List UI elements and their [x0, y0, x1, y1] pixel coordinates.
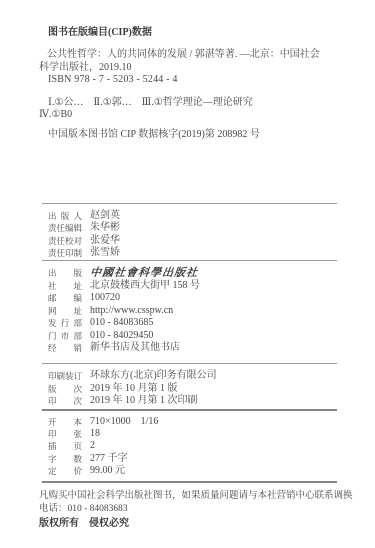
info-value: 277 千字: [90, 453, 128, 465]
quality-notice: 凡购买中国社会科学出版社图书，如果质量问题请与本社营销中心联系调换: [39, 490, 345, 503]
info-value: 99.00 元: [90, 465, 125, 477]
info-row: 印张 18: [48, 428, 375, 440]
info-value: 朱华彬: [90, 222, 120, 234]
copyright-statement: 版权所有 侵权必究: [39, 517, 345, 530]
info-row: 责任印制 张雪娇: [48, 247, 375, 259]
info-label: 邮编: [48, 292, 82, 304]
info-value: 2019 年 10 月第 1 版: [90, 383, 178, 395]
info-value: 010 - 84083685: [90, 317, 153, 329]
info-label: 发行部: [48, 317, 82, 329]
info-row: 版次 2019 年 10 月第 1 版: [48, 383, 375, 395]
info-value: 北京鼓楼西大街甲 158 号: [90, 280, 200, 292]
info-row: 出版 中國社會科學出版社: [48, 267, 375, 279]
cip-classification-line1: Ⅰ.①公… Ⅱ.①郭… Ⅲ.①哲学理论—理论研究: [48, 97, 337, 109]
notice-section: 凡购买中国社会科学出版社图书，如果质量问题请与本社营销中心联系调换 电话：010…: [39, 490, 345, 530]
info-row: 插页 2: [48, 440, 375, 452]
info-label: 印次: [48, 395, 82, 407]
divider: [42, 481, 337, 483]
info-value: 张雪娇: [90, 247, 120, 259]
info-row: 邮编 100720: [48, 292, 375, 304]
info-row: 印次 2019 年 10 月第 1 次印刷: [48, 395, 375, 407]
info-row: 社址 北京鼓楼西大街甲 158 号: [48, 280, 375, 292]
info-label: 责任编辑: [48, 222, 82, 234]
info-label: 版次: [48, 383, 82, 395]
info-row: 门市部 010 - 84029450: [48, 330, 375, 342]
info-label: 网址: [48, 305, 82, 317]
info-value: 赵剑英: [90, 210, 120, 222]
info-value: 2019 年 10 月第 1 次印刷: [90, 395, 198, 407]
printing-section: 印刷装订 环球东方(北京)印务有限公司 版次 2019 年 10 月第 1 版 …: [0, 364, 375, 408]
info-label: 出版人: [48, 210, 82, 222]
info-row: 网址 http://www.csspw.cn: [48, 305, 375, 317]
info-value: 710×1000 1/16: [90, 416, 158, 428]
info-value: 18: [90, 428, 100, 440]
cip-title-line2: 科学出版社，2019.10: [39, 62, 337, 74]
info-row: 发行部 010 - 84083685: [48, 317, 375, 329]
info-label: 社址: [48, 280, 82, 292]
info-row: 字数 277 千字: [48, 453, 375, 465]
info-label: 定价: [48, 465, 82, 477]
cip-record-number: 中国版本图书馆 CIP 数据核字(2019)第 208982 号: [48, 129, 337, 141]
service-phone: 电话：010 - 84083683: [39, 503, 345, 516]
info-value: 2: [90, 440, 95, 452]
info-label: 门市部: [48, 330, 82, 342]
info-label: 印刷装订: [48, 370, 82, 382]
info-label: 经销: [48, 342, 82, 354]
info-label: 出版: [48, 267, 82, 279]
info-value: 010 - 84029450: [90, 330, 153, 342]
format-section: 开本 710×1000 1/16 印张 18 插页 2 字数 277 千字 定价…: [0, 411, 375, 481]
info-row: 责任编辑 朱华彬: [48, 222, 375, 234]
publisher-url: http://www.csspw.cn: [90, 305, 173, 317]
info-label: 责任印制: [48, 247, 82, 259]
info-label: 字数: [48, 453, 82, 465]
info-label: 责任校对: [48, 235, 82, 247]
info-row: 开本 710×1000 1/16: [48, 416, 375, 428]
info-row: 经销 新华书店及其他书店: [48, 342, 375, 354]
info-row: 出版人 赵剑英: [48, 210, 375, 222]
info-row: 定价 99.00 元: [48, 465, 375, 477]
cip-classification-line2: Ⅳ.①B0: [39, 109, 337, 121]
cip-header: 图书在版编目(CIP)数据: [48, 27, 375, 39]
info-value: 100720: [90, 292, 120, 304]
copyright-page: 图书在版编目(CIP)数据 公共性哲学：人的共同体的发展 / 郭湛等著. —北京…: [0, 0, 375, 548]
info-row: 印刷装订 环球东方(北京)印务有限公司: [48, 370, 375, 382]
isbn-line: ISBN 978 - 7 - 5203 - 5244 - 4: [48, 74, 337, 86]
info-value: 张爱华: [90, 235, 120, 247]
info-label: 印张: [48, 428, 82, 440]
info-value: 环球东方(北京)印务有限公司: [90, 370, 217, 382]
cip-title-line1: 公共性哲学：人的共同体的发展 / 郭湛等著. —北京：中国社会: [47, 49, 337, 61]
info-row: 责任校对 张爱华: [48, 235, 375, 247]
info-value: 新华书店及其他书店: [90, 342, 180, 354]
info-label: 插页: [48, 440, 82, 452]
publisher-section: 出版 中國社會科學出版社 社址 北京鼓楼西大街甲 158 号 邮编 100720…: [0, 261, 375, 363]
info-label: 开本: [48, 416, 82, 428]
publisher-logo-text: 中國社會科學出版社: [89, 267, 198, 279]
staff-section: 出版人 赵剑英 责任编辑 朱华彬 责任校对 张爱华 责任印制 张雪娇: [0, 204, 375, 261]
